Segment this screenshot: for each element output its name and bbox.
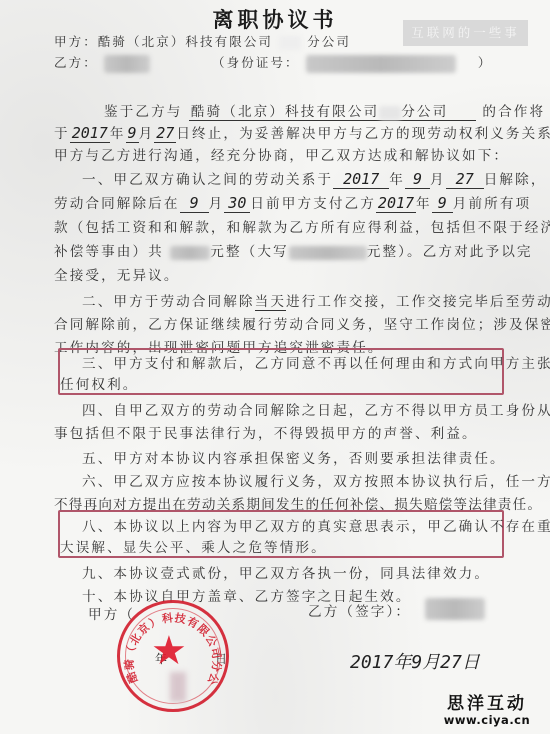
preamble-company-name: 酷骑（北京）科技有限公司 [191, 104, 379, 120]
clause-text: 进行工作交接，工作交接完毕后至劳动 [286, 294, 550, 310]
document-page: 离职协议书 互联网的一些事 甲方：酷骑（北京）科技有限公司 分公司 乙方： （身… [0, 0, 550, 734]
redacted-amount-uppercase [289, 246, 367, 260]
party-b-signature-date: 2017年9月27日 [350, 648, 480, 674]
redacted-branch [379, 106, 401, 120]
clause-1-line-3: 款（包括工资和和解款，和解款为乙方所有应得利益，包括但不限于经济 [54, 216, 550, 236]
clause-8-line-1: 八、本协议以上内容为甲乙双方的真实意思表示，甲乙确认不存在重 [82, 515, 550, 535]
redacted-branch-name [279, 36, 301, 50]
clause-1-line-1: 一、甲乙双方确认之间的劳动关系于2017年9月27日解除， [82, 168, 547, 188]
party-b-label: 乙方： [54, 55, 98, 70]
clause-2-line-1: 二、甲方于劳动合同解除当天进行工作交接，工作交接完毕后至劳动 [82, 290, 550, 310]
handwritten-month: 9 [180, 194, 209, 213]
underlined-text: 当天 [255, 294, 286, 311]
unit: 年 [110, 126, 126, 142]
handwritten-year: 2017 [70, 124, 110, 143]
handwritten-day: 30 [224, 194, 250, 213]
preamble-company: 酷骑（北京）科技有限公司分公司 [189, 104, 476, 121]
clause-2-line-2: 合同解除前，乙方保证继续履行劳动合同义务，坚守工作岗位；涉及保密 [54, 313, 550, 333]
redacted-id-number [306, 55, 456, 73]
unit: 月 [139, 126, 155, 142]
clause-8-line-2: 大误解、显失公平、乘人之危等情形。 [60, 536, 327, 556]
clause-text: 一、甲乙双方确认之间的劳动关系于 [82, 172, 333, 188]
id-label: （身份证号： [212, 55, 300, 70]
preamble-branch: 分公司 [401, 104, 448, 120]
redacted-seal-branch [170, 672, 186, 702]
clause-1-line-2: 劳动合同解除后在9月30日前甲方支付乙方2017年9月前所有项 [54, 192, 531, 212]
preamble-text: 日终止，为妥善解决甲方与乙方的现劳动权利义务关系， [176, 126, 550, 142]
clause-text: 月前所有项 [453, 196, 531, 212]
preamble-text: 于 [54, 126, 70, 142]
redacted-party-b-name [104, 55, 150, 73]
handwritten-month: 9 [432, 194, 453, 213]
clause-text: 二、甲方于劳动合同解除 [82, 294, 255, 310]
handwritten-day: 27 [154, 124, 176, 143]
clause-text: 补偿等事由）共 [54, 244, 164, 260]
handwritten-day: 27 [446, 170, 484, 189]
seal-star-icon: ★ [151, 631, 187, 671]
preamble-line-2: 于2017年9月27日终止，为妥善解决甲方与乙方的现劳动权利义务关系， [54, 122, 550, 142]
clause-5: 五、甲方对本协议内容承担保密义务，否则要承担法律责任。 [82, 447, 506, 467]
handwritten-month: 9 [126, 124, 139, 143]
clause-text: 元整）。乙方对此予以完 [367, 244, 533, 260]
handwritten-month: 9 [405, 170, 430, 189]
clause-1-line-5: 全接受，无异议。 [54, 264, 180, 284]
id-close: ） [478, 55, 493, 70]
clause-4-line-1: 四、自甲乙双方的劳动合同解除之日起，乙方不得以甲方员工身份从 [82, 399, 550, 419]
clause-3-line-1: 三、甲方支付和解款后，乙方同意不再以任何理由和方式向甲方主张 [82, 352, 550, 372]
party-b-line: 乙方： （身份证号： ） [54, 53, 493, 73]
watermark-top-right: 互联网的一些事 [403, 20, 528, 46]
preamble-line-1: 鉴于乙方与 酷骑（北京）科技有限公司分公司 的合作将 [104, 100, 545, 120]
watermark-bottom-right: 思洋互动 www.ciya.cn [430, 695, 544, 727]
unit: 年 [416, 196, 432, 212]
preamble-text: 的合作将 [482, 104, 545, 120]
unit: 月 [209, 196, 225, 212]
watermark-brand: 思洋互动 [430, 695, 544, 713]
party-a-branch-suffix: 分公司 [307, 34, 351, 49]
unit: 月 [430, 172, 446, 188]
party-a-label: 甲方： [54, 34, 98, 49]
clause-text: 日前甲方支付乙方 [250, 196, 376, 212]
clause-9: 九、本协议壹式贰份，甲乙双方各执一份，同具法律效力。 [82, 562, 490, 582]
clause-1-line-4: 补偿等事由）共 元整（大写元整）。乙方对此予以完 [54, 240, 533, 260]
unit: 年 [389, 172, 405, 188]
clause-text: 元整（大写 [210, 244, 288, 260]
redacted-party-b-signature [425, 598, 485, 620]
handwritten-year: 2017 [333, 170, 389, 189]
party-b-signature-label: 乙方（签字）： [308, 600, 411, 620]
preamble-line-3: 甲方与乙方进行沟通，经充分协商，甲乙双方达成和解协议如下： [54, 144, 509, 164]
redacted-amount [170, 246, 210, 260]
party-a-company: 酷骑（北京）科技有限公司 [98, 34, 273, 49]
clause-6-line-1: 六、甲乙双方应按本协议履行义务，双方按照本协议执行后，任一方 [82, 470, 550, 490]
clause-text: 劳动合同解除后在 [54, 196, 180, 212]
handwritten-year: 2017 [376, 194, 416, 213]
clause-3-line-2: 任何权利。 [60, 373, 138, 393]
preamble-text: 鉴于乙方与 [104, 104, 182, 120]
watermark-url: www.ciya.cn [430, 713, 544, 727]
party-a-line: 甲方：酷骑（北京）科技有限公司 分公司 [54, 32, 351, 50]
clause-text: 日解除， [484, 172, 547, 188]
clause-4-line-2: 事包括但不限于民事法律行为，不得毁损甲方的声誉、利益。 [54, 422, 478, 442]
